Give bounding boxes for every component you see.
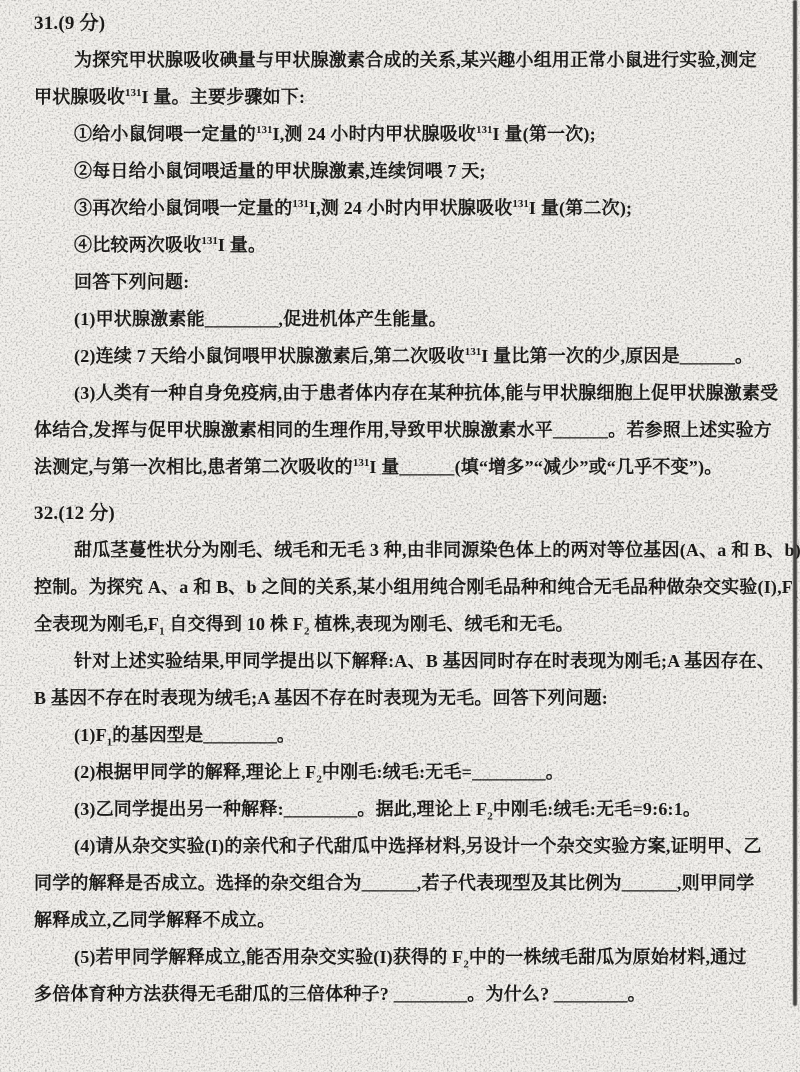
- text-run: 自交得到 10 株 F: [165, 614, 304, 634]
- text-line: (2)连续 7 天给小鼠饲喂甲状腺激素后,第二次吸收131I 量比第一次的少,原…: [34, 338, 770, 375]
- text-run: (3)乙同学提出另一种解释:________。据此,理论上 F: [74, 799, 487, 819]
- text-line: (1)F1的基因型是________。: [34, 717, 770, 754]
- text-line: 全表现为刚毛,F1 自交得到 10 株 F2 植株,表现为刚毛、绒毛和无毛。: [34, 606, 770, 643]
- text-line: ③再次给小鼠饲喂一定量的131I,测 24 小时内甲状腺吸收131I 量(第二次…: [34, 190, 770, 227]
- text-line: 多倍体育种方法获得无毛甜瓜的三倍体种子? ________。为什么? _____…: [34, 976, 770, 1013]
- text-line: 解释成立,乙同学解释不成立。: [34, 902, 770, 939]
- text-line: 甲状腺吸收131I 量。主要步骤如下:: [34, 79, 770, 116]
- text-run: B 基因不存在时表现为绒毛;A 基因不存在时表现为无毛。回答下列问题:: [34, 688, 608, 708]
- text-run: ①给小鼠饲喂一定量的: [74, 124, 256, 144]
- text-run: (4)请从杂交实验(I)的亲代和子代甜瓜中选择材料,另设计一个杂交实验方案,证明…: [74, 836, 762, 856]
- text-line: 法测定,与第一次相比,患者第二次吸收的131I 量______(填“增多”“减少…: [34, 449, 770, 486]
- text-run: (1)甲状腺激素能________,促进机体产生能量。: [74, 309, 447, 329]
- scanned-exam-page: 31.(9 分)为探究甲状腺吸收碘量与甲状腺激素合成的关系,某兴趣小组用正常小鼠…: [0, 0, 800, 1072]
- text-run: 中刚毛:绒毛:无毛=9:6:1。: [493, 799, 701, 819]
- text-run: 全表现为刚毛,F: [34, 614, 159, 634]
- text-line: B 基因不存在时表现为绒毛;A 基因不存在时表现为无毛。回答下列问题:: [34, 680, 770, 717]
- text-run: I,测 24 小时内甲状腺吸收: [273, 124, 477, 144]
- text-run: I 量比第一次的少,原因是______。: [481, 346, 753, 366]
- superscript: 131: [256, 124, 273, 136]
- text-run: 多倍体育种方法获得无毛甜瓜的三倍体种子? ________。为什么? _____…: [34, 984, 646, 1004]
- text-run: 体结合,发挥与促甲状腺激素相同的生理作用,导致甲状腺激素水平______。若参照…: [34, 420, 772, 440]
- text-run: (2)连续 7 天给小鼠饲喂甲状腺激素后,第二次吸收: [74, 346, 465, 366]
- text-run: 回答下列问题:: [74, 272, 189, 292]
- text-run: ②每日给小鼠饲喂适量的甲状腺激素,连续饲喂 7 天;: [74, 161, 486, 181]
- text-line: 为探究甲状腺吸收碘量与甲状腺激素合成的关系,某兴趣小组用正常小鼠进行实验,测定: [34, 42, 770, 79]
- text-line: (5)若甲同学解释成立,能否用杂交实验(I)获得的 F2中的一株绒毛甜瓜为原始材…: [34, 939, 770, 976]
- text-run: (5)若甲同学解释成立,能否用杂交实验(I)获得的 F: [74, 947, 463, 967]
- text-run: I 量。: [218, 235, 266, 255]
- superscript: 131: [125, 87, 142, 99]
- text-run: (2)根据甲同学的解释,理论上 F: [74, 762, 316, 782]
- text-run: 中的一株绒毛甜瓜为原始材料,通过: [469, 947, 747, 967]
- text-line: (3)乙同学提出另一种解释:________。据此,理论上 F2中刚毛:绒毛:无…: [34, 791, 770, 828]
- text-run: 甲状腺吸收: [34, 87, 125, 107]
- text-run: 中刚毛:绒毛:无毛=________。: [322, 762, 564, 782]
- superscript: 131: [292, 198, 309, 210]
- text-line: (2)根据甲同学的解释,理论上 F2中刚毛:绒毛:无毛=________。: [34, 754, 770, 791]
- text-line: 同学的解释是否成立。选择的杂交组合为______,若子代表现型及其比例为____…: [34, 865, 770, 902]
- text-run: 控制。为探究 A、a 和 B、b 之间的关系,某小组用纯合刚毛品种和纯合无毛品种…: [34, 577, 793, 597]
- text-line: ④比较两次吸收131I 量。: [34, 227, 770, 264]
- superscript: 131: [476, 124, 493, 136]
- superscript: 131: [465, 346, 482, 358]
- text-run: (3)人类有一种自身免疫病,由于患者体内存在某种抗体,能与甲状腺细胞上促甲状腺激…: [74, 383, 778, 403]
- text-line: 甜瓜茎蔓性状分为刚毛、绒毛和无毛 3 种,由非同源染色体上的两对等位基因(A、a…: [34, 532, 770, 569]
- text-line: ②每日给小鼠饲喂适量的甲状腺激素,连续饲喂 7 天;: [34, 153, 770, 190]
- text-run: 的基因型是________。: [112, 725, 295, 745]
- exam-questions: 31.(9 分)为探究甲状腺吸收碘量与甲状腺激素合成的关系,某兴趣小组用正常小鼠…: [34, 5, 770, 1013]
- text-run: 为探究甲状腺吸收碘量与甲状腺激素合成的关系,某兴趣小组用正常小鼠进行实验,测定: [74, 50, 757, 70]
- text-line: (1)甲状腺激素能________,促进机体产生能量。: [34, 301, 770, 338]
- text-line: 体结合,发挥与促甲状腺激素相同的生理作用,导致甲状腺激素水平______。若参照…: [34, 412, 770, 449]
- text-run: ④比较两次吸收: [74, 235, 201, 255]
- text-run: 甜瓜茎蔓性状分为刚毛、绒毛和无毛 3 种,由非同源染色体上的两对等位基因(A、a…: [74, 540, 800, 560]
- scan-edge-artifact: [793, 0, 797, 1006]
- text-run: I 量(第一次);: [493, 124, 596, 144]
- question-31: 31.(9 分)为探究甲状腺吸收碘量与甲状腺激素合成的关系,某兴趣小组用正常小鼠…: [34, 5, 770, 486]
- text-run: 植株,表现为刚毛、绒毛和无毛。: [310, 614, 574, 634]
- question-32: 32.(12 分)甜瓜茎蔓性状分为刚毛、绒毛和无毛 3 种,由非同源染色体上的两…: [34, 495, 770, 1013]
- text-run: I 量。主要步骤如下:: [142, 87, 306, 107]
- text-run: I 量(第二次);: [529, 198, 632, 218]
- question-number: 32.(12 分): [34, 495, 770, 532]
- text-run: 同学的解释是否成立。选择的杂交组合为______,若子代表现型及其比例为____…: [34, 873, 754, 893]
- text-run: I,测 24 小时内甲状腺吸收: [309, 198, 513, 218]
- text-run: I 量______(填“增多”“减少”或“几乎不变”)。: [369, 457, 722, 477]
- text-run: 解释成立,乙同学解释不成立。: [34, 910, 275, 930]
- superscript: 131: [512, 198, 529, 210]
- text-line: (4)请从杂交实验(I)的亲代和子代甜瓜中选择材料,另设计一个杂交实验方案,证明…: [34, 828, 770, 865]
- text-run: 法测定,与第一次相比,患者第二次吸收的: [34, 457, 353, 477]
- superscript: 131: [353, 457, 370, 469]
- text-run: 针对上述实验结果,甲同学提出以下解释:A、B 基因同时存在时表现为刚毛;A 基因…: [74, 651, 775, 671]
- text-line: 控制。为探究 A、a 和 B、b 之间的关系,某小组用纯合刚毛品种和纯合无毛品种…: [34, 569, 770, 606]
- text-run: (1)F: [74, 725, 107, 745]
- text-line: (3)人类有一种自身免疫病,由于患者体内存在某种抗体,能与甲状腺细胞上促甲状腺激…: [34, 375, 770, 412]
- text-line: ①给小鼠饲喂一定量的131I,测 24 小时内甲状腺吸收131I 量(第一次);: [34, 116, 770, 153]
- superscript: 131: [201, 235, 218, 247]
- text-run: ③再次给小鼠饲喂一定量的: [74, 198, 292, 218]
- question-number: 31.(9 分): [34, 5, 770, 42]
- text-line: 针对上述实验结果,甲同学提出以下解释:A、B 基因同时存在时表现为刚毛;A 基因…: [34, 643, 770, 680]
- text-line: 回答下列问题:: [34, 264, 770, 301]
